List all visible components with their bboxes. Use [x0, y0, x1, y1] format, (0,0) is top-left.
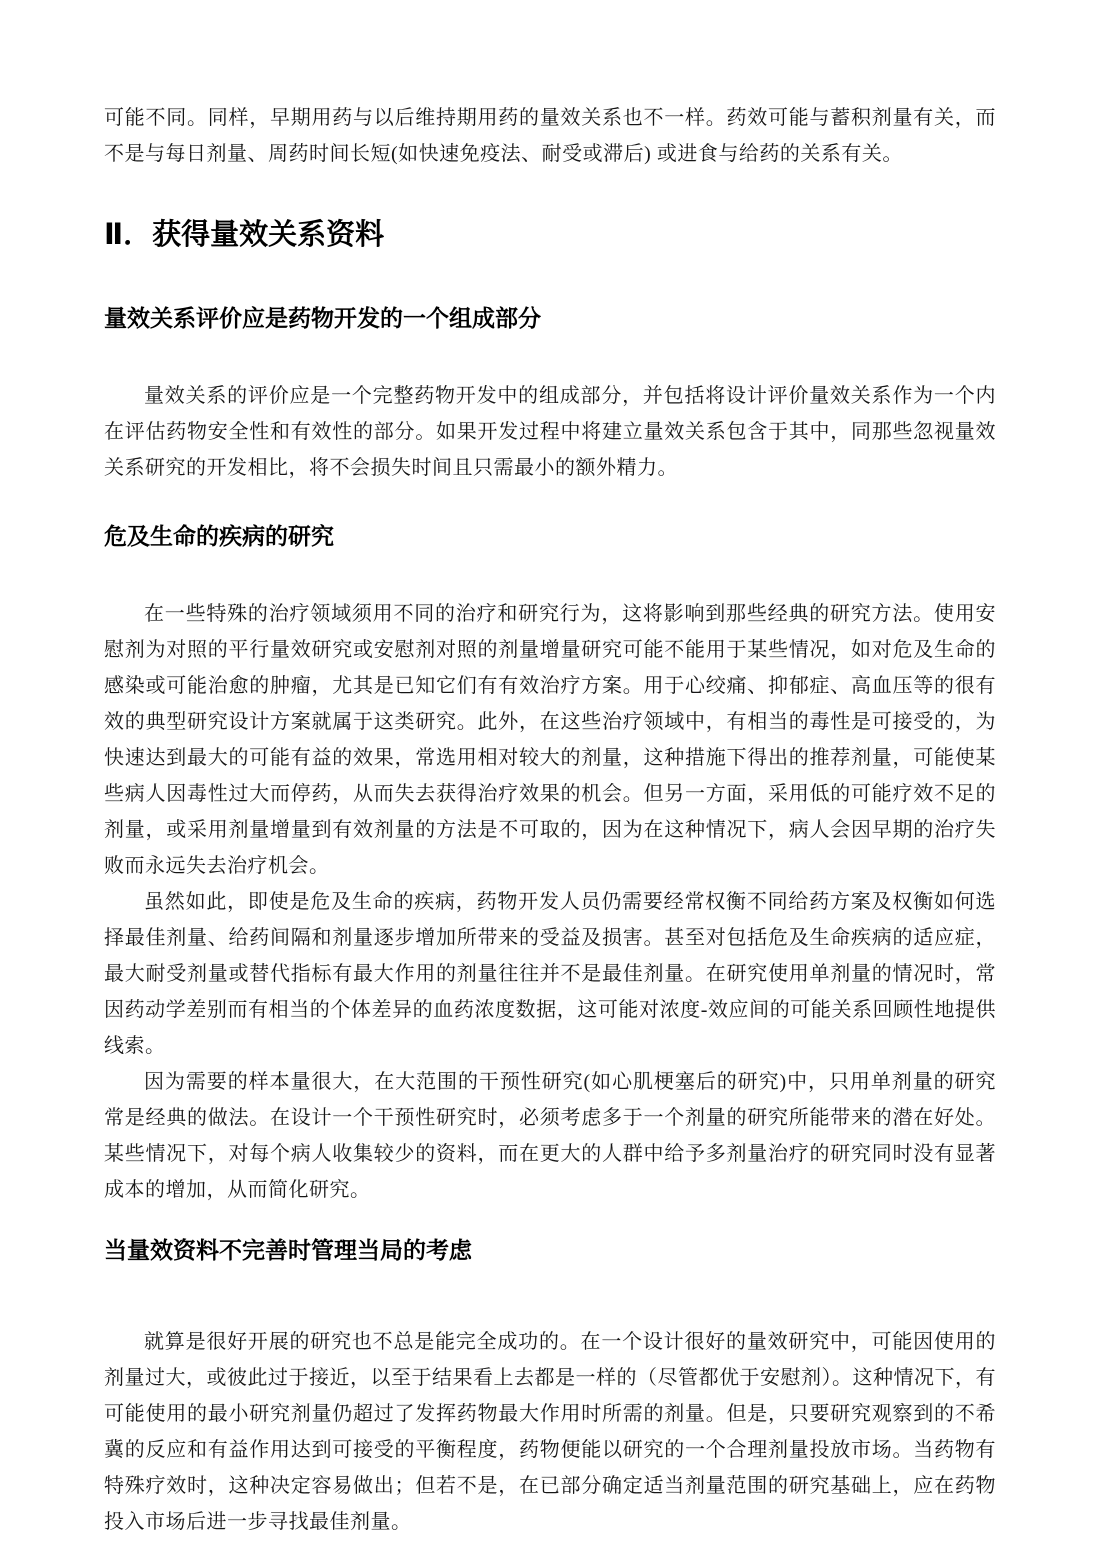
body-paragraph: 虽然如此，即使是危及生命的疾病，药物开发人员仍需要经常权衡不同给药方案及权衡如何…: [104, 884, 996, 1064]
section-heading: Ⅱ．获得量效关系资料: [104, 216, 996, 254]
continuation-paragraph: 可能不同。同样，早期用药与以后维持期用药的量效关系也不一样。药效可能与蓄积剂量有…: [104, 100, 996, 172]
subsection-heading-regulatory-considerations: 当量效资料不完善时管理当局的考虑: [104, 1234, 996, 1266]
document-page: 可能不同。同样，早期用药与以后维持期用药的量效关系也不一样。药效可能与蓄积剂量有…: [0, 0, 1100, 1556]
body-paragraph: 量效关系的评价应是一个完整药物开发中的组成部分，并包括将设计评价量效关系作为一个…: [104, 378, 996, 486]
body-paragraph: 在一些特殊的治疗领域须用不同的治疗和研究行为，这将影响到那些经典的研究方法。使用…: [104, 596, 996, 884]
body-paragraph: 就算是很好开展的研究也不总是能完全成功的。在一个设计很好的量效研究中，可能因使用…: [104, 1324, 996, 1540]
subsection-heading-life-threatening-diseases: 危及生命的疾病的研究: [104, 520, 996, 552]
body-paragraph: 因为需要的样本量很大，在大范围的干预性研究(如心肌梗塞后的研究)中，只用单剂量的…: [104, 1064, 996, 1208]
subsection-heading-dose-response-integral-part: 量效关系评价应是药物开发的一个组成部分: [104, 302, 996, 334]
